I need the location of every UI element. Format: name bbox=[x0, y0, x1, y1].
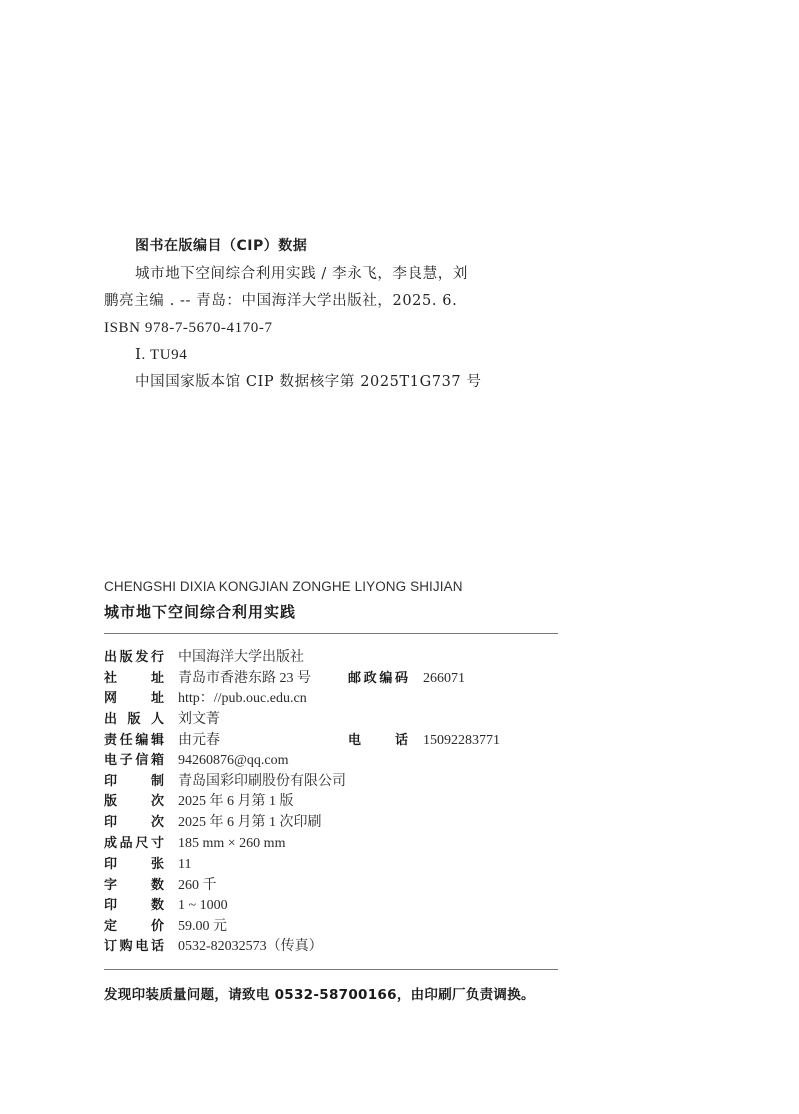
imprint-row: 字数260 千 bbox=[104, 876, 558, 896]
imprint-label-char: 码 bbox=[395, 669, 408, 689]
cip-classification: Ⅰ. TU94 bbox=[135, 346, 187, 364]
imprint-label: 网址 bbox=[104, 689, 164, 709]
imprint-label-char: 版 bbox=[104, 792, 117, 812]
imprint-label: 印数 bbox=[104, 896, 164, 916]
imprint-label-char: 编 bbox=[379, 669, 392, 689]
imprint-label-char: 成 bbox=[104, 834, 117, 854]
imprint-row: 网址http：//pub.ouc.edu.cn bbox=[104, 689, 558, 709]
imprint-label-char: 行 bbox=[151, 648, 164, 668]
imprint-label-char: 邮 bbox=[348, 669, 361, 689]
cip-line-1: 城市地下空间综合利用实践 / 李永飞，李良慧，刘 bbox=[135, 265, 468, 283]
imprint-value: 青岛国彩印刷股份有限公司 bbox=[178, 772, 346, 792]
imprint-label-char: 社 bbox=[104, 669, 117, 689]
imprint-label-secondary: 邮政编码 bbox=[348, 669, 408, 689]
imprint-label-char: 购 bbox=[120, 937, 133, 957]
imprint-label-char: 发 bbox=[135, 648, 148, 668]
cip-isbn: ISBN 978-7-5670-4170-7 bbox=[104, 319, 273, 337]
imprint-label: 印制 bbox=[104, 772, 164, 792]
imprint-value-secondary: 15092283771 bbox=[423, 731, 500, 751]
imprint-row: 订购电话0532-82032573（传真） bbox=[104, 937, 558, 957]
imprint-label: 字数 bbox=[104, 876, 164, 896]
imprint-row: 印制青岛国彩印刷股份有限公司 bbox=[104, 772, 558, 792]
imprint-label: 成品尺寸 bbox=[104, 834, 164, 854]
imprint-label-char: 制 bbox=[151, 772, 164, 792]
imprint-row: 出版发行中国海洋大学出版社 bbox=[104, 648, 558, 668]
imprint-value: 0532-82032573（传真） bbox=[178, 937, 323, 957]
imprint-row: 印次2025 年 6 月第 1 次印刷 bbox=[104, 813, 558, 833]
imprint-label-char: 出 bbox=[104, 710, 117, 730]
imprint-row: 出版人刘文菁 bbox=[104, 710, 558, 730]
pinyin-title: CHENGSHI DIXIA KONGJIAN ZONGHE LIYONG SH… bbox=[104, 579, 463, 594]
imprint-label: 订购电话 bbox=[104, 937, 164, 957]
imprint-value: 1 ~ 1000 bbox=[178, 896, 228, 916]
imprint-label: 出版人 bbox=[104, 710, 164, 730]
imprint-value: 由元春 bbox=[178, 731, 220, 751]
imprint-label: 定价 bbox=[104, 917, 164, 937]
imprint-label-char: 编 bbox=[135, 731, 148, 751]
imprint-label-char: 次 bbox=[151, 813, 164, 833]
imprint-label-char: 址 bbox=[151, 689, 164, 709]
imprint-label-char: 品 bbox=[120, 834, 133, 854]
imprint-label-char: 人 bbox=[151, 710, 164, 730]
bottom-divider bbox=[104, 969, 558, 970]
imprint-label: 责任编辑 bbox=[104, 731, 164, 751]
imprint-value: 260 千 bbox=[178, 876, 217, 896]
imprint-label-char: 话 bbox=[151, 937, 164, 957]
imprint-label-char: 版 bbox=[127, 710, 140, 730]
imprint-value: 刘文菁 bbox=[178, 710, 220, 730]
imprint-value: 青岛市香港东路 23 号 bbox=[178, 669, 311, 689]
imprint-label: 印次 bbox=[104, 813, 164, 833]
book-title: 城市地下空间综合利用实践 bbox=[104, 601, 296, 622]
imprint-label-char: 版 bbox=[120, 648, 133, 668]
cip-record-number: 中国国家版本馆 CIP 数据核字第 2025T1G737 号 bbox=[135, 373, 482, 391]
imprint-row: 电子信箱94260876@qq.com bbox=[104, 751, 558, 771]
imprint-value: 2025 年 6 月第 1 次印刷 bbox=[178, 813, 322, 833]
imprint-label-char: 次 bbox=[151, 792, 164, 812]
imprint-label-char: 话 bbox=[395, 731, 408, 751]
imprint-label-char: 址 bbox=[151, 669, 164, 689]
imprint-label-char: 电 bbox=[348, 731, 361, 751]
imprint-label-char: 子 bbox=[120, 751, 133, 771]
imprint-label-char: 订 bbox=[104, 937, 117, 957]
imprint-label: 出版发行 bbox=[104, 648, 164, 668]
imprint-label-char: 印 bbox=[104, 772, 117, 792]
imprint-label-char: 价 bbox=[151, 917, 164, 937]
imprint-label-char: 定 bbox=[104, 917, 117, 937]
imprint-label-char: 电 bbox=[104, 751, 117, 771]
imprint-row: 版次2025 年 6 月第 1 版 bbox=[104, 792, 558, 812]
imprint-label: 印张 bbox=[104, 855, 164, 875]
imprint-label-char: 信 bbox=[135, 751, 148, 771]
imprint-label-char: 印 bbox=[104, 813, 117, 833]
imprint-label-char: 数 bbox=[151, 896, 164, 916]
imprint-label-char: 箱 bbox=[151, 751, 164, 771]
imprint-label-char: 出 bbox=[104, 648, 117, 668]
imprint-row: 社址青岛市香港东路 23 号邮政编码266071 bbox=[104, 669, 558, 689]
imprint-label-char: 任 bbox=[120, 731, 133, 751]
imprint-value: 中国海洋大学出版社 bbox=[178, 648, 304, 668]
cip-heading: 图书在版编目（CIP）数据 bbox=[135, 237, 307, 255]
imprint-value: 59.00 元 bbox=[178, 917, 227, 937]
imprint-label-char: 张 bbox=[151, 855, 164, 875]
imprint-label-char: 政 bbox=[364, 669, 377, 689]
imprint-label-char: 电 bbox=[135, 937, 148, 957]
imprint-label-secondary: 电话 bbox=[348, 731, 408, 751]
imprint-value: 11 bbox=[178, 855, 191, 875]
imprint-label-char: 辑 bbox=[151, 731, 164, 751]
imprint-value: http：//pub.ouc.edu.cn bbox=[178, 689, 307, 709]
imprint-value-secondary: 266071 bbox=[423, 669, 465, 689]
imprint-row: 印张11 bbox=[104, 855, 558, 875]
imprint-label: 版次 bbox=[104, 792, 164, 812]
top-divider bbox=[104, 633, 558, 634]
imprint-label-char: 尺 bbox=[135, 834, 148, 854]
imprint-label-char: 寸 bbox=[151, 834, 164, 854]
quality-notice: 发现印装质量问题，请致电 0532-58700166，由印刷厂负责调换。 bbox=[104, 983, 535, 1003]
imprint-row: 定价59.00 元 bbox=[104, 917, 558, 937]
imprint-label: 电子信箱 bbox=[104, 751, 164, 771]
imprint-row: 印数1 ~ 1000 bbox=[104, 896, 558, 916]
imprint-value: 94260876@qq.com bbox=[178, 751, 289, 771]
imprint-label-char: 字 bbox=[104, 876, 117, 896]
imprint-row: 责任编辑由元春电话15092283771 bbox=[104, 731, 558, 751]
imprint-value: 185 mm × 260 mm bbox=[178, 834, 285, 854]
imprint-value: 2025 年 6 月第 1 版 bbox=[178, 792, 294, 812]
imprint-label-char: 责 bbox=[104, 731, 117, 751]
imprint-row: 成品尺寸185 mm × 260 mm bbox=[104, 834, 558, 854]
imprint-label-char: 印 bbox=[104, 855, 117, 875]
imprint-label-char: 印 bbox=[104, 896, 117, 916]
imprint-label-char: 网 bbox=[104, 689, 117, 709]
imprint-label: 社址 bbox=[104, 669, 164, 689]
cip-line-2: 鹏亮主编 . -- 青岛：中国海洋大学出版社，2025. 6. bbox=[104, 292, 457, 310]
imprint-label-char: 数 bbox=[151, 876, 164, 896]
